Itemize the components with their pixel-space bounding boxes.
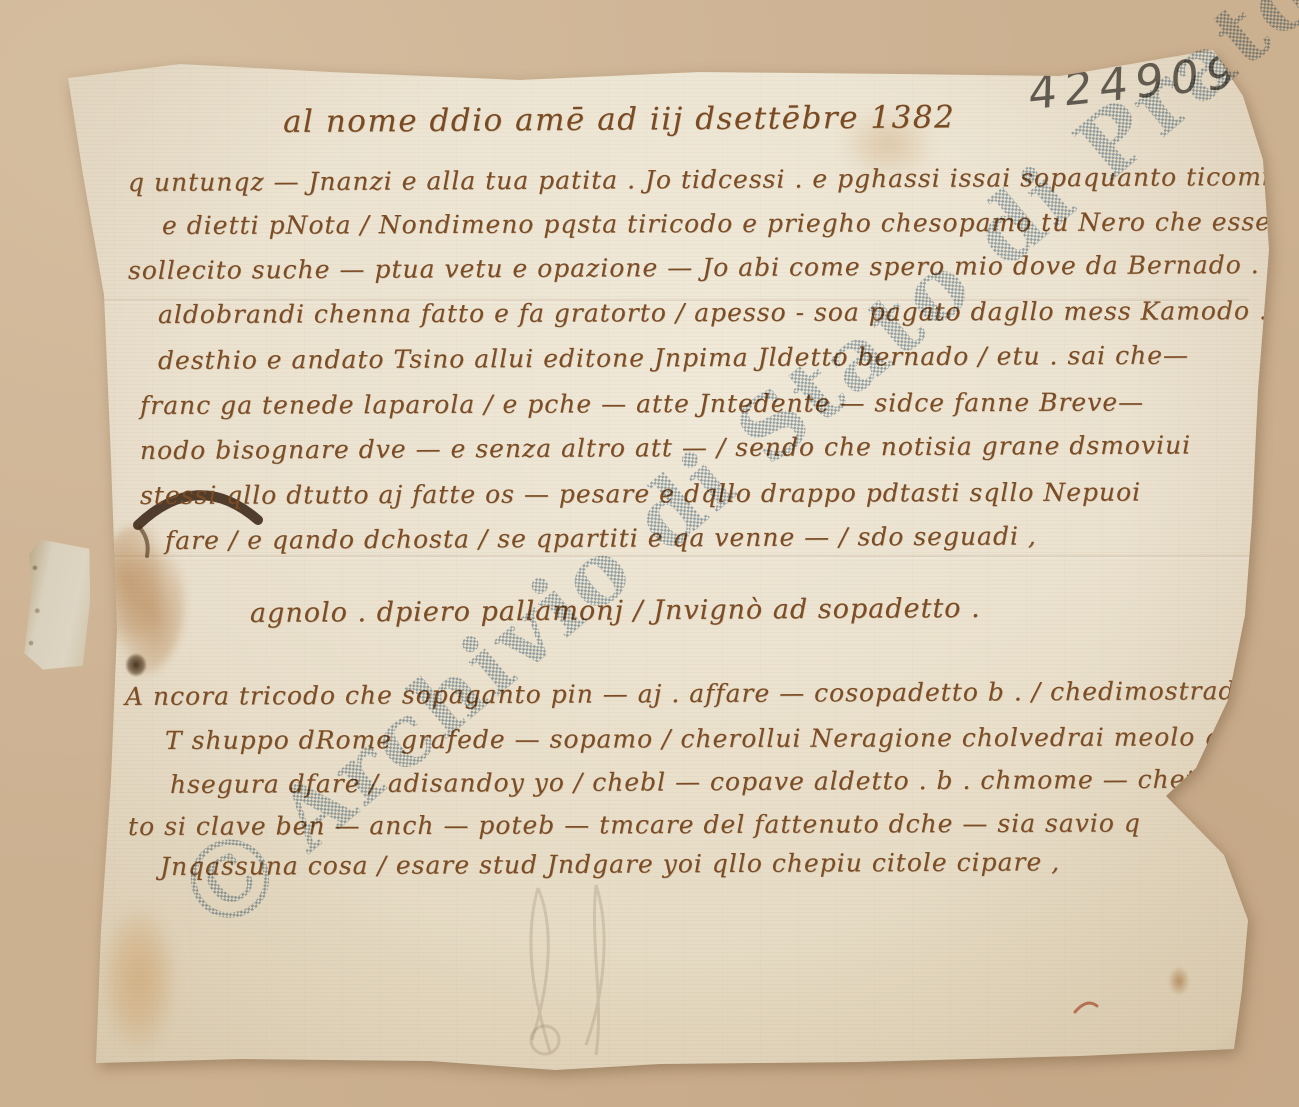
manuscript-line: franc ga tenede laparola / e pche — atte… xyxy=(140,387,1144,420)
pencil-doodle-icon xyxy=(1228,56,1258,78)
stain-bottom-left xyxy=(100,903,178,1055)
manuscript-line: to si clave ben — anch — poteb — tmcare … xyxy=(128,808,1141,841)
ink-blot-arc-tail xyxy=(140,528,148,556)
wax-speck xyxy=(125,653,147,677)
manuscript-line: aldobrandi chenna fatto e fa gratorto / … xyxy=(158,296,1268,329)
manuscript-line: desthio e andato Tsino allui editone Jnp… xyxy=(158,341,1189,375)
papermark-ghost xyxy=(531,885,604,1055)
manuscript-scan: al nome ddio amē ad iij dsettēbre 1382 q… xyxy=(0,0,1299,1107)
heading-date-line: al nome ddio amē ad iij dsettēbre 1382 xyxy=(283,99,956,140)
manuscript-line: q untunqz — Jnanzi e alla tua patita . J… xyxy=(128,162,1299,197)
manuscript-line: A ncora tricodo che sopaganto pin — aj .… xyxy=(125,676,1299,711)
paper-shadow-wrap: al nome ddio amē ad iij dsettēbre 1382 q… xyxy=(0,0,1299,1107)
manuscript-line: Jnqassuna cosa / esare stud Jndgare yoi … xyxy=(160,847,1060,881)
manuscript-line: fare / e qando dchosta / se qpartiti e q… xyxy=(165,521,1037,555)
fold-crease-lower xyxy=(70,554,1249,559)
manuscript-line: sollecito suche — ptua vetu e opazione —… xyxy=(128,250,1260,285)
manuscript-line: e dietti pNota / Nondimeno pqsta tiricod… xyxy=(162,207,1297,240)
manuscript-line: nodo bisognare dve — e senza altro att —… xyxy=(140,430,1191,465)
salutation-line: agnolo . dpiero pallamonj / Jnvignò ad s… xyxy=(250,593,981,629)
fiber-mark xyxy=(1075,1003,1097,1012)
archive-number: 424909 xyxy=(1028,45,1242,121)
manuscript-paper: al nome ddio amē ad iij dsettēbre 1382 q… xyxy=(0,0,1299,1107)
manuscript-line: hsegura dfare / adisandoy yo / chebl — c… xyxy=(170,764,1243,799)
manuscript-line: T shuppo dRome grafede — sopamo / cherol… xyxy=(165,722,1244,755)
stain-right-edge xyxy=(1168,966,1190,996)
manuscript-line: stessi qllo dtutto aj fatte os — pesare … xyxy=(140,478,1141,510)
